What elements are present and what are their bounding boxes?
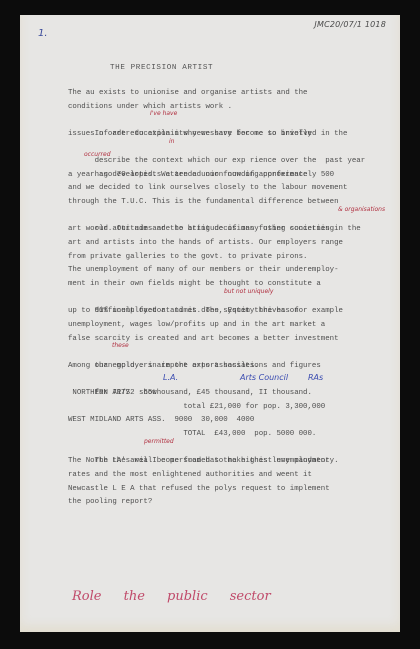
- annotation-permitted: permitted: [144, 435, 174, 449]
- text-line: rates and the most enlightened authoriti…: [68, 469, 398, 483]
- text-line: The au exists to unionise and organise a…: [68, 87, 398, 101]
- text-line: describe the context which our exp rienc…: [68, 142, 398, 156]
- annotation-we-have: I've have: [150, 107, 177, 121]
- text-line: WEST MIDLAND ARTS ASS. 9000 30,000 4000: [68, 414, 398, 428]
- typed-body: The au exists to unionise and organise a…: [68, 87, 398, 510]
- text-line: NORTHERN ARTS 65thousand, £45 thousand, …: [68, 387, 398, 401]
- column-header-ras: RAs: [308, 371, 323, 385]
- annotation-organisations: & organisations: [338, 203, 385, 217]
- annotation-these: these: [112, 339, 129, 353]
- text-line: In order to explain why we have become s…: [68, 114, 398, 128]
- archive-reference: JMC20/07/1 1018: [314, 20, 386, 29]
- text-line: unemployment, wages low/profits up and i…: [68, 319, 398, 333]
- column-header-la: L.A.: [163, 371, 178, 385]
- annotation-in: in: [169, 135, 174, 149]
- document-page: JMC20/07/1 1018 1. THE PRECISION ARTIST …: [20, 15, 400, 632]
- text-line: than gold.. in import export hassles. th…: [68, 346, 398, 360]
- text-line: Newcastle L E A that refused the polys r…: [68, 483, 398, 497]
- page-number: 1.: [38, 28, 48, 39]
- text-line: art and artists into the hands of artist…: [68, 237, 398, 251]
- text-line: and we decided to link ourselves closely…: [68, 182, 398, 196]
- text-line: conditions under which artists work .: [68, 101, 398, 115]
- column-header-arts-council: Arts Council: [240, 371, 288, 385]
- text-line: issues of art education its necessary fo…: [68, 128, 398, 142]
- handwritten-footnote: Role the public sector: [72, 589, 271, 604]
- text-line: Among our employers are the arts associa…: [68, 360, 398, 374]
- text-line: for 71/72 show L.A. Arts Council RAs: [68, 373, 398, 387]
- text-line: The unemployment of many of our members …: [68, 264, 398, 278]
- text-line: difficult factor and it does, Equity the…: [68, 292, 398, 306]
- text-line: The North the area I come from has the h…: [68, 455, 398, 469]
- text-line: up to 90% unemployed at times. The syste…: [68, 305, 398, 319]
- annotation-but-not: but not uniquely: [224, 285, 273, 299]
- text-line: from private galleries to the govt. to p…: [68, 251, 398, 265]
- text-line: total £21,000 for pop. 3,300,000: [68, 401, 398, 415]
- text-line: The LA's will be persuaded to make this …: [68, 442, 398, 456]
- text-line: a year ago 70 artists attended our found…: [68, 169, 398, 183]
- annotation-occurred: occurred: [84, 148, 111, 162]
- text-line: has developed. We are a union now of app…: [68, 155, 398, 169]
- text-line: art world. Our aims are to bring decisio…: [68, 223, 398, 237]
- document-title: THE PRECISION ARTIST: [110, 64, 213, 72]
- text-line: our attitude and the attitude of many ot…: [68, 210, 398, 224]
- text-line: TOTAL £43,000 pop. 5000 000.: [68, 428, 398, 442]
- text-line: the pooling report?: [68, 496, 398, 510]
